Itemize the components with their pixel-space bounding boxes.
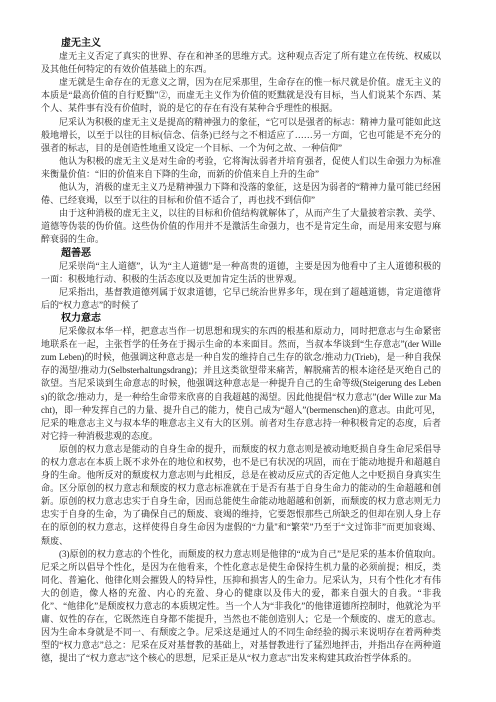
paragraph: 虚无主义否定了真实的世界、存在和神圣的思维方式。这种观点否定了所有建立在传统、权… [41, 50, 441, 76]
paragraph: 尼采指出，基督教道德列属于奴隶道德，它早已统治世界多年，现在到了超越道德，肯定道… [41, 286, 441, 312]
section-beyond-good-and-evil: 超善恶 尼采崇尚“主人道德”，认为“主人道德”是一种高贵的道德，主要是因为他看中… [41, 247, 441, 312]
paragraph: 他认为，消极的虚无主义乃是精神强力下降和没落的象征，这是因为弱者的“精神力量可能… [41, 181, 441, 207]
section-will-to-power: 权力意志 尼采像叔本华一样，把意志当作一切思想和现实的东西的根基和原动力，同时把… [41, 312, 441, 666]
section-heading-beyond-good-and-evil: 超善恶 [41, 247, 441, 260]
paragraph: 虚无就是生命存在的无意义之谓，因为在尼采那里，生命存在的惟一标尺就是价值。虚无主… [41, 76, 441, 115]
paragraph: (3)原创的权力意志的个性化，而颓废的权力意志则是他律的“成为自己”是尼采的基本… [41, 548, 441, 666]
paragraph: 尼采崇尚“主人道德”，认为“主人道德”是一种高贵的道德，主要是因为他看中了主人道… [41, 260, 441, 286]
section-nihilism: 虚无主义 虚无主义否定了真实的世界、存在和神圣的思维方式。这种观点否定了所有建立… [41, 37, 441, 247]
paragraph: 原创的权力意志是能动的自身生命的提升，而颓废的权力意志则是被动地贬损自身生命尼采… [41, 443, 441, 548]
paragraph: 由于这种消极的虚无主义，以往的目标和价值结构就解体了，从而产生了大量披着宗教、美… [41, 207, 441, 246]
section-heading-nihilism: 虚无主义 [41, 37, 441, 50]
paragraph: 尼采认为积极的虚无主义是提高的精神强力的象征，“它可以是强者的标志：精神力量可能… [41, 116, 441, 155]
document-page: 虚无主义 虚无主义否定了真实的世界、存在和神圣的思维方式。这种观点否定了所有建立… [0, 0, 496, 702]
paragraph: 尼采像叔本华一样，把意志当作一切思想和现实的东西的根基和原动力，同时把意志与生命… [41, 325, 441, 443]
paragraph: 他认为积极的虚无主义是对生命的考验，它将淘汰弱者并培育强者，促使人们以生命强力为… [41, 155, 441, 181]
section-heading-will-to-power: 权力意志 [41, 312, 441, 325]
